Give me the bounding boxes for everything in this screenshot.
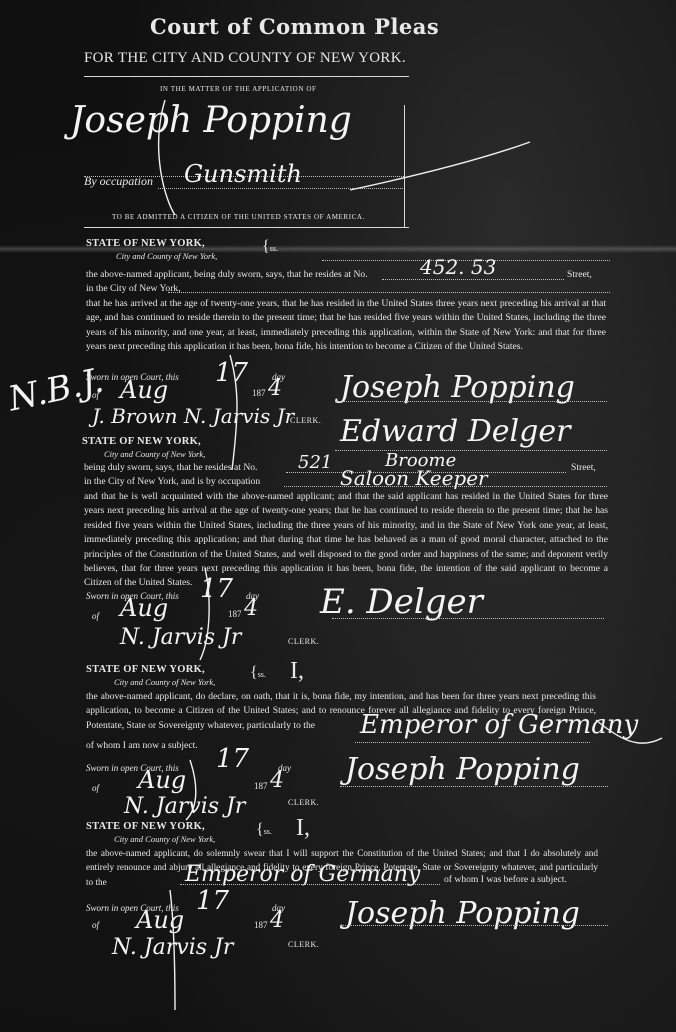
residence-prefix: the above-named applicant, being duly sw… [86,269,368,280]
clerk-signature: N. Jarvis Jr [124,794,245,819]
sovereign-line [355,742,590,743]
of-label: of [92,783,99,793]
sworn-month: Aug [120,376,168,404]
matter-label: IN THE MATTER OF THE APPLICATION OF [160,85,316,93]
applicant-signature: Joseph Popping [340,370,575,405]
of-label: of [92,920,99,930]
county-heading: City and County of New York, [114,834,215,844]
purpose: TO BE ADMITTED A CITIZEN OF THE UNITED S… [112,213,365,221]
signature-line [332,618,604,619]
sworn-day: 17 [215,358,248,388]
year-prefix: 187 [254,920,268,930]
ss-mark: {ss. [262,238,278,256]
applicant-occupation: Gunsmith [184,160,302,188]
of-label: of [92,611,99,621]
clerk-label: CLERK. [290,416,321,425]
county-heading: City and County of New York, [114,677,215,687]
year-digit: 4 [270,908,284,933]
declarant-i: I, [290,658,304,685]
clerk-label: CLERK. [288,637,319,646]
occupation-line [158,188,403,189]
residence-line [382,279,564,280]
city-line: in the City of New York, [86,283,181,294]
sworn-month: Aug [120,594,168,622]
blank-line [168,292,610,293]
declaration-tail: of whom I am now a subject. [86,740,198,751]
street-label: Street, [571,462,596,473]
occupation-line [284,486,607,487]
witness-signature: E. Delger [320,582,483,622]
state-heading: STATE OF NEW YORK, [82,436,201,447]
divider [84,227,409,228]
witness-name: Edward Delger [340,414,570,449]
jurisdiction: FOR THE CITY AND COUNTY OF NEW YORK. [84,50,406,67]
county-heading: City and County of New York, [116,251,217,261]
year-prefix: 187 [254,781,268,791]
oath-tail: of whom I was before a subject. [444,874,567,885]
year-digit: 4 [268,376,282,401]
residence-number: 452. 53 [420,255,496,279]
bracket-line [404,105,405,227]
year-digit: 4 [244,596,258,621]
clerk-signature: N. Jarvis Jr [112,935,233,960]
sovereign: Emperor of Germany [360,710,638,740]
witness-line [335,450,607,451]
sworn-day: 17 [200,574,233,604]
year-prefix: 187 [228,609,242,619]
signature-line [340,925,608,926]
street-label: Street, [567,269,592,280]
clerk-label: CLERK. [288,798,319,807]
county-heading: City and County of New York, [104,449,205,459]
affidavit-text: that he has arrived at the age of twenty… [86,297,606,355]
applicant-signature: Joseph Popping [345,752,580,787]
clerk-signature: N. Jarvis Jr [120,625,241,650]
occupation-prefix: in the City of New York, and is by occup… [84,476,260,487]
applicant-name: Joseph Popping [70,100,352,141]
signature-line [340,786,608,787]
court-title: Court of Common Pleas [150,14,439,39]
sovereign-line [180,884,440,885]
state-heading: STATE OF NEW YORK, [86,238,205,249]
signature-line [335,401,607,402]
witness-affidavit-text: and that he is well acquainted with the … [84,490,608,591]
clerk-label: CLERK. [288,940,319,949]
sworn-month: Aug [136,906,184,934]
residence-prefix: being duly sworn, says, that he resides … [84,462,257,473]
year-digit: 4 [270,768,284,793]
declarant-i: I, [296,815,310,842]
state-heading: STATE OF NEW YORK, [86,664,205,675]
occupation-label: By occupation [84,174,153,189]
sworn-month: Aug [138,766,186,794]
state-heading: STATE OF NEW YORK, [86,821,205,832]
sworn-day: 17 [216,744,249,774]
ss-mark: {ss. [256,821,272,839]
of-label: of [92,390,99,400]
residence-number: 521 [298,452,332,473]
ss-mark: {ss. [250,664,266,682]
year-prefix: 187 [252,388,266,398]
divider [84,76,409,77]
sworn-day: 17 [196,886,229,916]
clerk-signature: J. Brown N. Jarvis Jr [92,404,294,428]
